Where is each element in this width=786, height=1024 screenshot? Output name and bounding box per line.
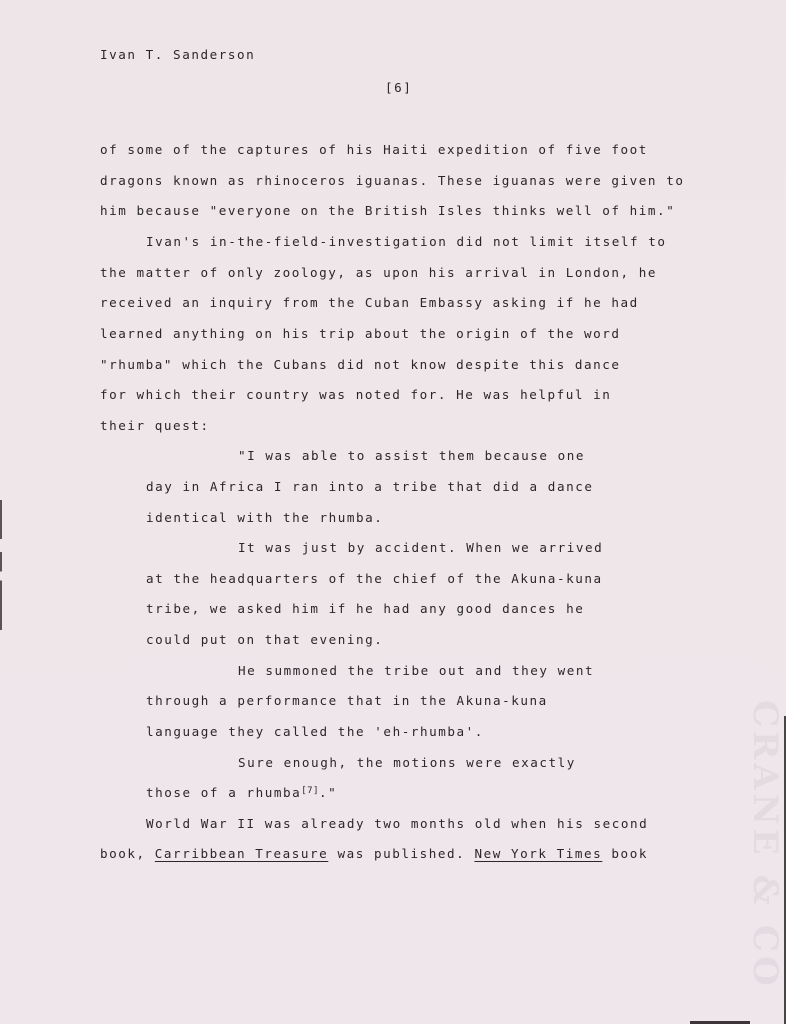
publication-title-nyt: New York Times	[474, 846, 602, 861]
quote-end-text: those of a rhumba	[146, 785, 301, 800]
text-line: of some of the captures of his Haiti exp…	[100, 142, 648, 158]
document-page: CRANE & CO Ivan T. Sanderson [6] of some…	[0, 0, 786, 1024]
text-line: "I was able to assist them because one	[238, 448, 585, 464]
text-line: Ivan's in-the-field-investigation did no…	[146, 234, 667, 250]
text-line: those of a rhumba[7]."	[146, 785, 337, 801]
text-line: book, Carribbean Treasure was published.…	[100, 846, 648, 862]
text-line: received an inquiry from the Cuban Embas…	[100, 295, 639, 311]
text-line: him because "everyone on the British Isl…	[100, 203, 675, 219]
paper-watermark: CRANE & CO	[745, 700, 785, 1020]
text-line: It was just by accident. When we arrived	[238, 540, 603, 556]
text-line: tribe, we asked him if he had any good d…	[146, 601, 584, 617]
text-line: could put on that evening.	[146, 632, 383, 648]
header-author: Ivan T. Sanderson	[100, 47, 255, 63]
text-line: learned anything on his trip about the o…	[100, 326, 621, 342]
text-line: at the headquarters of the chief of the …	[146, 571, 603, 587]
page-number: [6]	[385, 80, 412, 96]
text-line: through a performance that in the Akuna-…	[146, 693, 548, 709]
text-line: for which their country was noted for. H…	[100, 387, 611, 403]
text-line: their quest:	[100, 418, 210, 434]
text-line: Sure enough, the motions were exactly	[238, 755, 576, 771]
quote-close: ."	[319, 785, 337, 800]
scan-edge-left	[0, 500, 2, 630]
text-line: World War II was already two months old …	[146, 816, 648, 832]
text-line: day in Africa I ran into a tribe that di…	[146, 479, 593, 495]
text-line: language they called the 'eh-rhumba'.	[146, 724, 484, 740]
footnote-marker: [7]	[301, 786, 319, 796]
book-title-carribbean-treasure: Carribbean Treasure	[155, 846, 329, 861]
text-line: the matter of only zoology, as upon his …	[100, 265, 657, 281]
text-fragment: was published.	[328, 846, 474, 861]
text-fragment: book,	[100, 846, 155, 861]
text-fragment: book	[602, 846, 648, 861]
text-line: identical with the rhumba.	[146, 510, 383, 526]
text-line: He summoned the tribe out and they went	[238, 663, 594, 679]
text-line: "rhumba" which the Cubans did not know d…	[100, 357, 621, 373]
text-line: dragons known as rhinoceros iguanas. The…	[100, 173, 684, 189]
